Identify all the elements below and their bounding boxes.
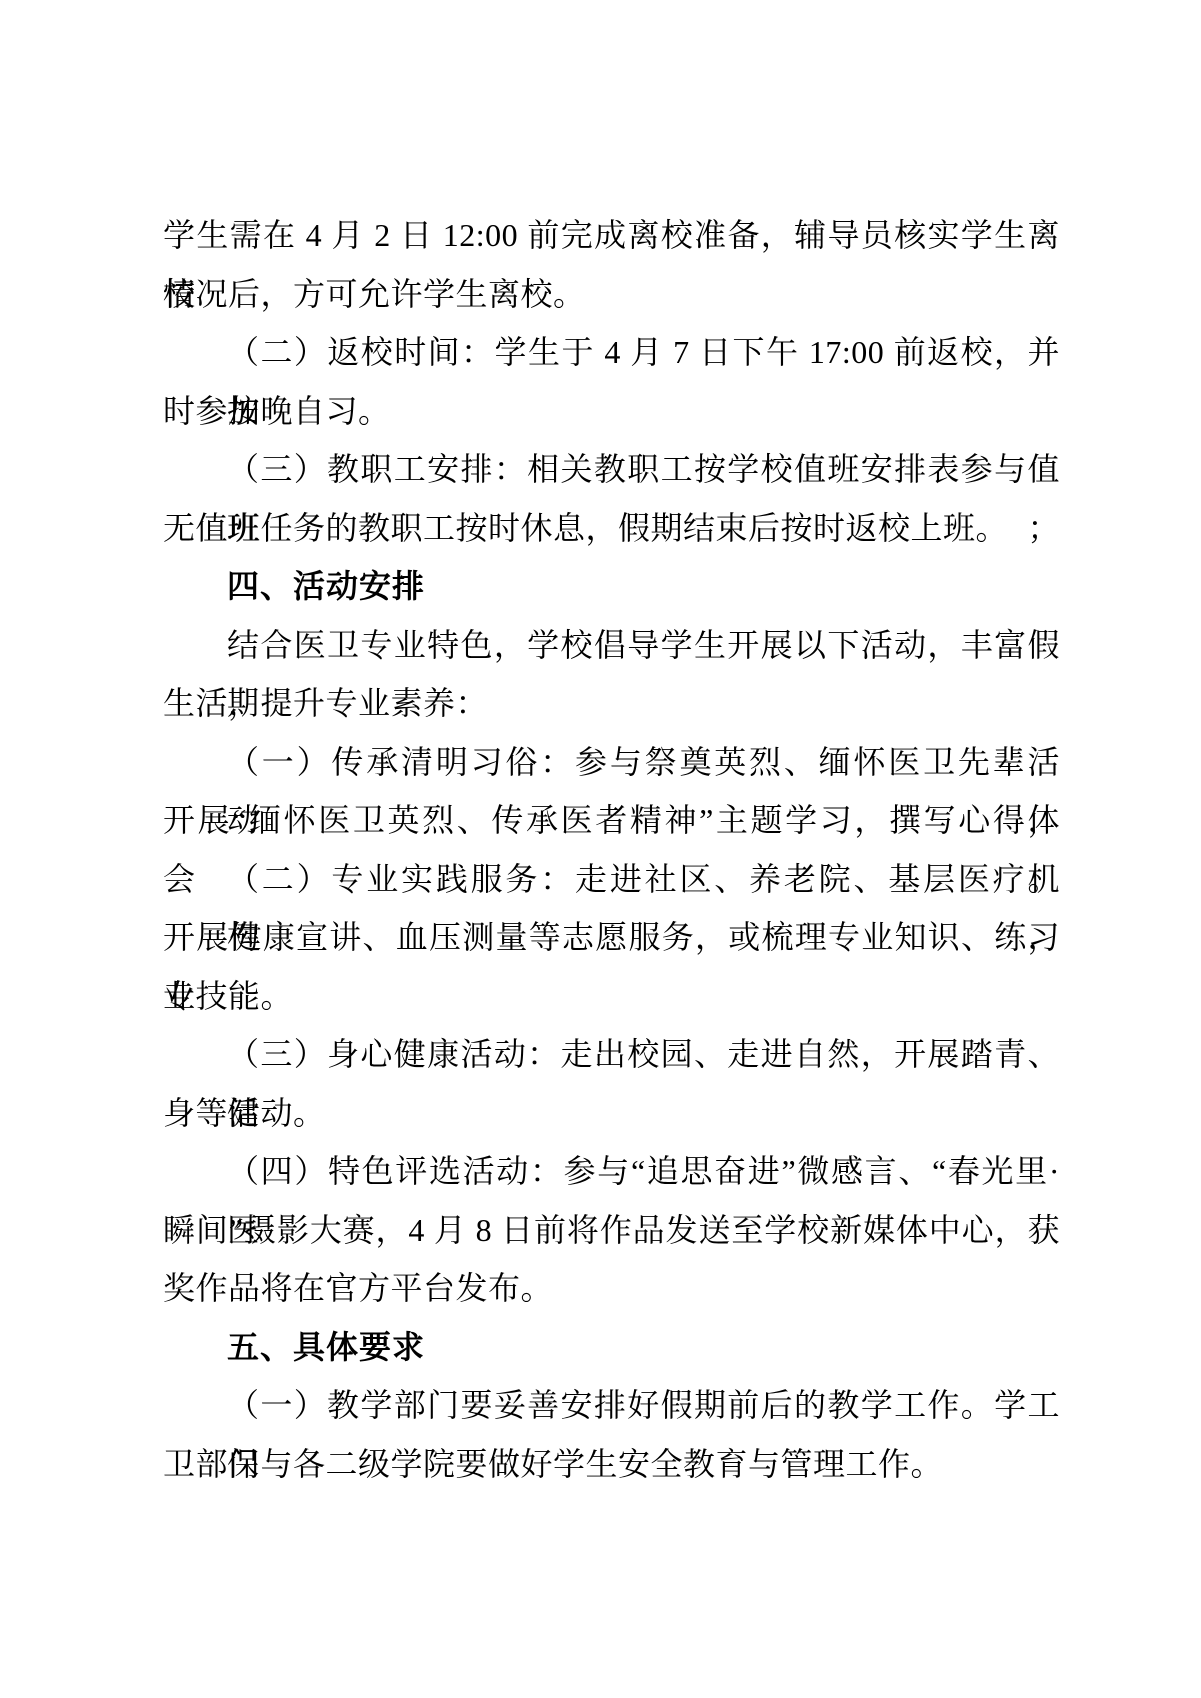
text-line: （三）身心健康活动：走出校园、走进自然，开展踏青、健	[163, 1025, 1060, 1084]
text-line: 开展健康宣讲、血压测量等志愿服务，或梳理专业知识、练习专	[163, 908, 1060, 967]
text-line: （一）教学部门要妥善安排好假期前后的教学工作。学工保	[163, 1376, 1060, 1435]
text-line: 业技能。	[163, 967, 1060, 1026]
text-line: 卫部门与各二级学院要做好学生安全教育与管理工作。	[163, 1435, 1060, 1494]
document-text-block: 学生需在 4 月 2 日 12:00 前完成离校准备，辅导员核实学生离校情况后，…	[163, 206, 1060, 1493]
text-line: 瞬间”摄影大赛，4 月 8 日前将作品发送至学校新媒体中心，获	[163, 1201, 1060, 1260]
text-line: （四）特色评选活动：参与“追思奋进”微感言、“春光里·医	[163, 1142, 1060, 1201]
text-line: 无值班任务的教职工按时休息，假期结束后按时返校上班。	[163, 499, 1060, 558]
document-page: 学生需在 4 月 2 日 12:00 前完成离校准备，辅导员核实学生离校情况后，…	[0, 0, 1201, 1698]
text-line: 情况后，方可允许学生离校。	[163, 265, 1060, 324]
text-line: 奖作品将在官方平台发布。	[163, 1259, 1060, 1318]
text-line: 生活，提升专业素养：	[163, 674, 1060, 733]
text-line: （二）返校时间：学生于 4 月 7 日下午 17:00 前返校，并按	[163, 323, 1060, 382]
section-heading: 四、活动安排	[163, 557, 1060, 616]
text-line: 身等活动。	[163, 1084, 1060, 1143]
text-line: 学生需在 4 月 2 日 12:00 前完成离校准备，辅导员核实学生离校	[163, 206, 1060, 265]
text-line: 时参加晚自习。	[163, 382, 1060, 441]
text-line: 结合医卫专业特色，学校倡导学生开展以下活动，丰富假期	[163, 616, 1060, 675]
text-line: 开展“缅怀医卫英烈、传承医者精神”主题学习，撰写心得体会。	[163, 791, 1060, 850]
text-line: （二）专业实践服务：走进社区、养老院、基层医疗机构，	[163, 850, 1060, 909]
section-heading: 五、具体要求	[163, 1318, 1060, 1377]
text-line: （三）教职工安排：相关教职工按学校值班安排表参与值班；	[163, 440, 1060, 499]
text-line: （一）传承清明习俗：参与祭奠英烈、缅怀医卫先辈活动，	[163, 733, 1060, 792]
